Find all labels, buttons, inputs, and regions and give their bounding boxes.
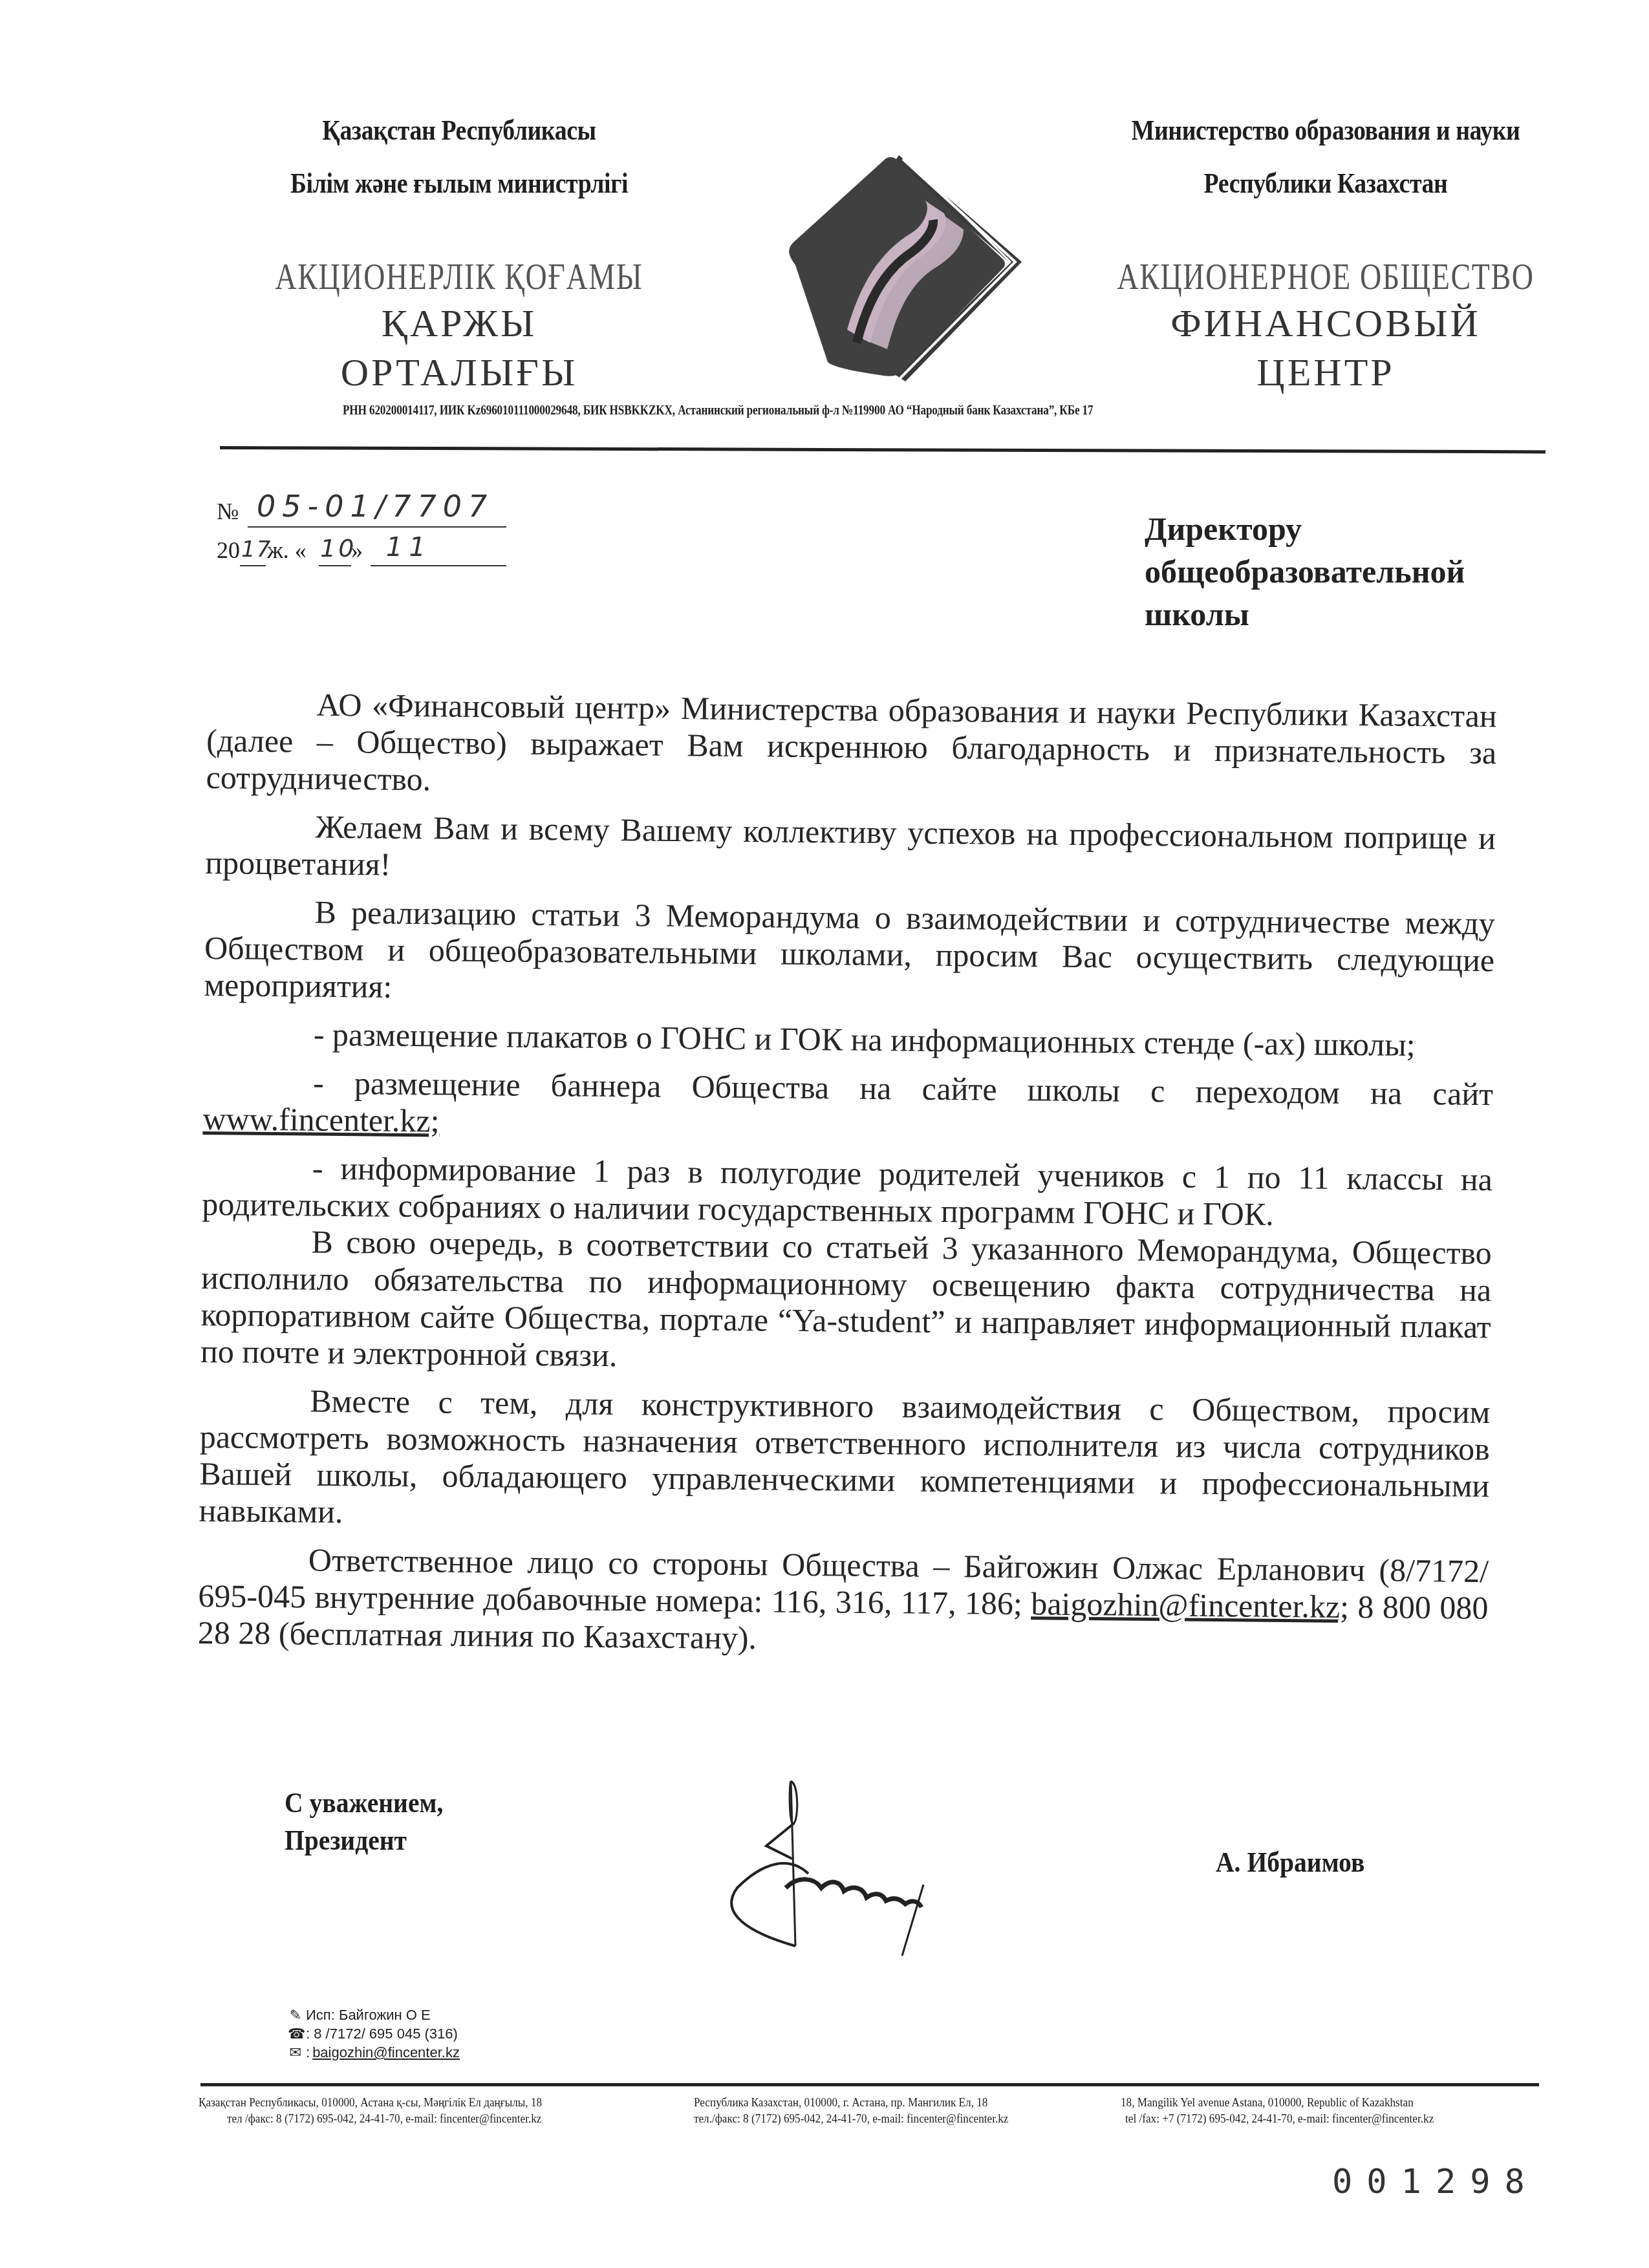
footer-en-contacts: tel /fax: +7 (7172) 695-042, 24-41-70, e…: [1121, 2111, 1434, 2127]
footer-ru-address: Республика Казахстан, 010000, г. Астана,…: [694, 2095, 1008, 2111]
list-item-banner: - размещение баннера Общества на сайте ш…: [202, 1064, 1493, 1150]
paragraph-contact: Ответственное лицо со стороны Общества –…: [198, 1541, 1489, 1664]
footer-russian: Республика Казахстан, 010000, г. Астана,…: [694, 2095, 1008, 2127]
registration-block: № 05-01/7707 20 17 ж. « 10 » 11: [217, 491, 508, 569]
footer-kz-contacts: тел /факс: 8 (7172) 695-042, 24-41-70, e…: [199, 2111, 542, 2127]
paragraph-obligations: В свою очередь, в соответствии со статье…: [200, 1223, 1492, 1382]
serial-number: 001298: [1332, 2163, 1539, 2201]
addressee-line-2: общеобразовательной: [1145, 550, 1533, 593]
executor-phone: : 8 /7172/ 695 045 (316): [306, 2024, 458, 2043]
paragraph-wishes: Желаем Вам и всему Вашему коллективу усп…: [205, 808, 1496, 893]
year-underline: [240, 565, 266, 566]
fincenter-link[interactable]: www.fincenter.kz;: [202, 1100, 440, 1139]
executor-email-link[interactable]: baigozhin@fincenter.kz: [312, 2043, 460, 2062]
envelope-icon: ✉: [288, 2043, 303, 2062]
list-item-banner-text: - размещение баннера Общества на сайте ш…: [313, 1065, 1493, 1113]
date-prefix: 20: [217, 537, 240, 564]
executor-name-row: ✎ Исп: Байгожин О Е: [288, 2006, 460, 2024]
footer-kazakh: Қазақстан Республикасы, 010000, Астана қ…: [199, 2095, 542, 2127]
telephone-icon: ☎: [288, 2024, 303, 2043]
year-suffix: ж. «: [267, 537, 307, 564]
registration-date-row: 20 17 ж. « 10 » 11: [217, 530, 508, 569]
paragraph-responsible-request: Вместе с тем, для конструктивного взаимо…: [199, 1382, 1490, 1541]
executor-name: Исп: Байгожин О Е: [306, 2006, 431, 2024]
header-kazakh: Қазақстан Республикасы Білім және ғылым …: [194, 110, 724, 397]
month-underline: [371, 565, 506, 566]
footer-en-address: 18, Mangilik Yel avenue Astana, 010000, …: [1121, 2095, 1434, 2111]
header-ru-name-1: ФИНАНСОВЫЙ: [1061, 299, 1591, 348]
executor-email-row: ✉ : baigozhin@fincenter.kz: [288, 2043, 460, 2062]
header-divider: [220, 446, 1546, 453]
closing-block: С уважением, Президент: [285, 1784, 443, 1859]
header-kz-ministry: Білім және ғылым министрлігі: [231, 163, 687, 204]
executor-email-prefix: :: [306, 2043, 310, 2062]
header-kz-org-type: АКЦИОНЕРЛІК ҚОҒАМЫ: [242, 256, 676, 299]
letter-body: АО «Финансовый центр» Министерства образ…: [198, 685, 1497, 1664]
paragraph-request: В реализацию статьи 3 Меморандума о взаи…: [204, 893, 1495, 1016]
header-ru-ministry: Министерство образования и науки: [1097, 110, 1553, 151]
footer-kz-address: Қазақстан Республикасы, 010000, Астана қ…: [199, 2095, 542, 2111]
addressee-line-1: Директору: [1145, 508, 1533, 550]
executor-block: ✎ Исп: Байгожин О Е ☎ : 8 /7172/ 695 045…: [288, 2006, 460, 2062]
registration-month: 11: [386, 533, 432, 562]
footer-english: 18, Mangilik Yel avenue Astana, 010000, …: [1121, 2095, 1434, 2127]
closing-text: С уважением,: [285, 1784, 443, 1822]
footer-divider: [200, 2083, 1539, 2086]
bank-details: РНН 620200014117, ИИК Kz6960101110000296…: [343, 402, 1276, 418]
addressee-line-3: школы: [1145, 593, 1533, 636]
contact-email-link[interactable]: baigozhin@fincenter.kz;: [1031, 1585, 1349, 1625]
registration-number: 05-01/7707: [257, 489, 493, 524]
header-kz-country: Қазақстан Республикасы: [231, 110, 687, 151]
signer-name: А. Ибраимов: [1216, 1846, 1364, 1879]
number-underline: [248, 526, 506, 528]
header-russian: Министерство образования и науки Республ…: [1061, 110, 1591, 397]
number-label: №: [217, 498, 239, 525]
addressee: Директору общеобразовательной школы: [1145, 508, 1533, 636]
header-ru-country: Республики Казахстан: [1097, 163, 1553, 204]
signer-title: Президент: [285, 1822, 443, 1859]
book-diamond-logo-icon: [750, 155, 1035, 401]
list-item-informing: - информирование 1 раз в полугодие родит…: [202, 1149, 1493, 1235]
paragraph-gratitude: АО «Финансовый центр» Министерства образ…: [206, 685, 1497, 808]
header-ru-org-type: АКЦИОНЕРНОЕ ОБЩЕСТВО: [1108, 256, 1543, 299]
day-suffix: »: [351, 537, 363, 564]
handwritten-signature-icon: [679, 1771, 1041, 1965]
day-underline: [319, 565, 351, 566]
pencil-icon: ✎: [288, 2006, 303, 2024]
header-kz-name-1: ҚАРЖЫ: [194, 299, 724, 348]
footer-ru-contacts: тел./факс: 8 (7172) 695-042, 24-41-70, e…: [694, 2111, 1008, 2127]
registration-number-row: № 05-01/7707: [217, 491, 508, 530]
header-ru-name-2: ЦЕНТР: [1061, 348, 1591, 397]
executor-phone-row: ☎ : 8 /7172/ 695 045 (316): [288, 2024, 460, 2043]
header-kz-name-2: ОРТАЛЫҒЫ: [194, 348, 724, 397]
list-item-posters: - размещение плакатов о ГОНС и ГОК на ин…: [204, 1015, 1494, 1064]
